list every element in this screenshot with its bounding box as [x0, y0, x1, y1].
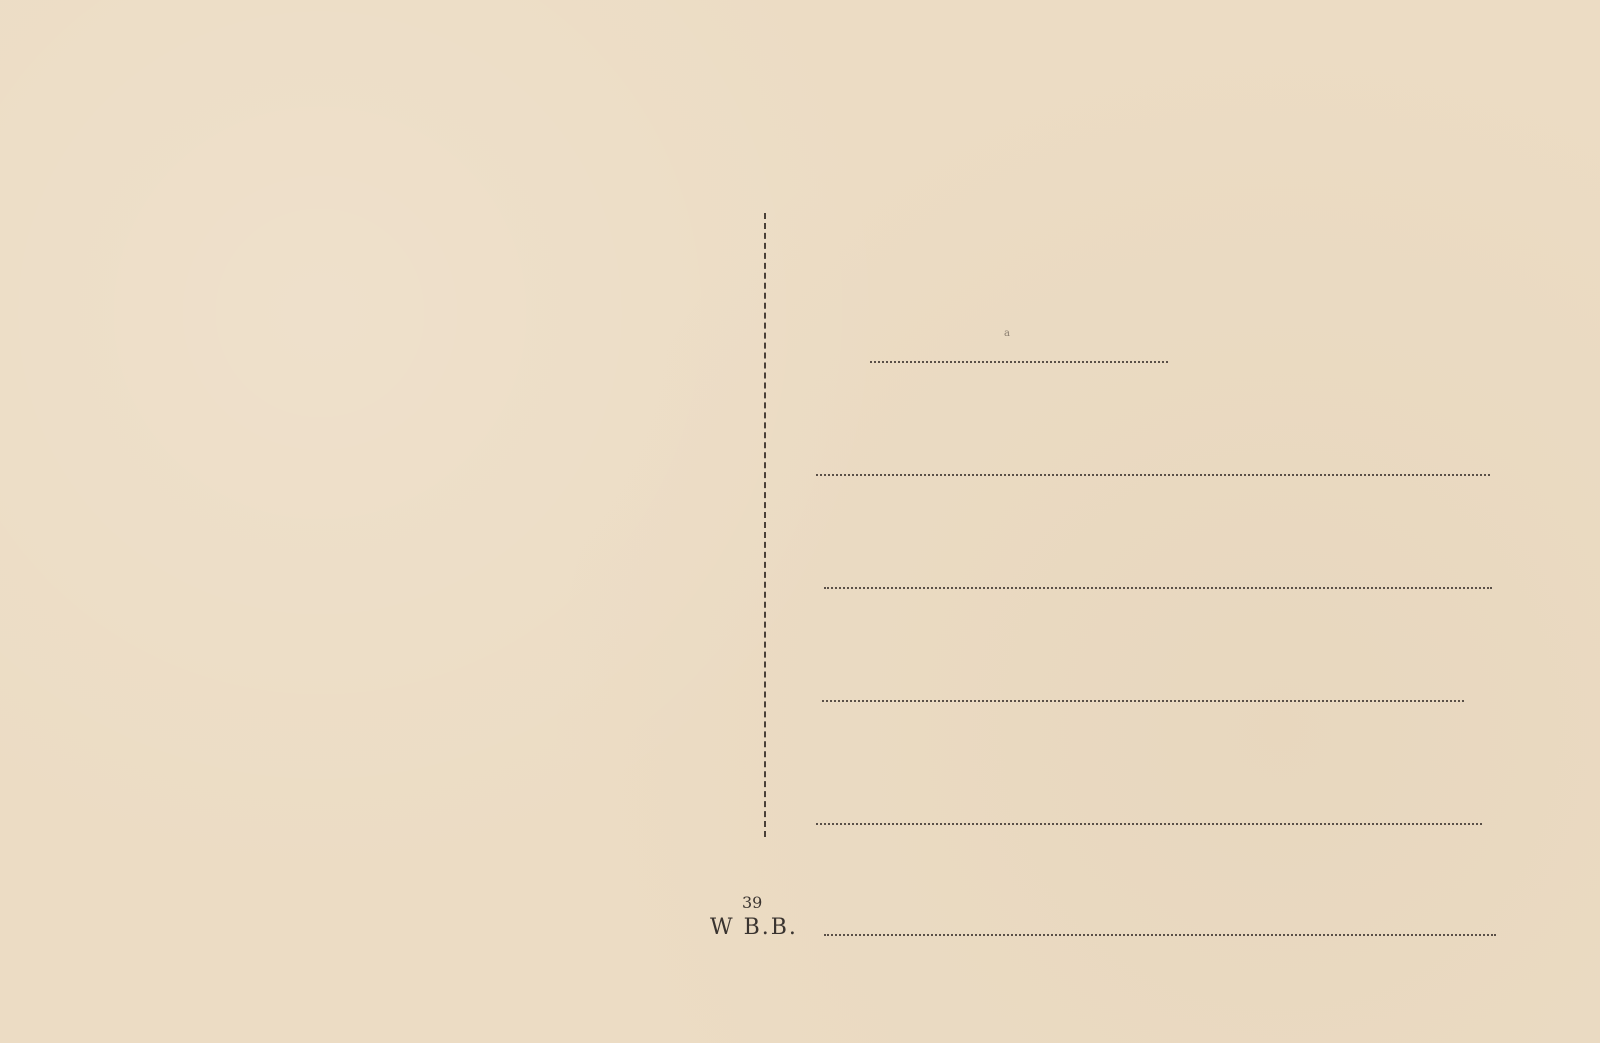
address-line-1 [870, 361, 1168, 363]
address-line-3 [824, 587, 1492, 589]
center-divider-line [764, 213, 766, 837]
publisher-line [824, 934, 1496, 936]
card-number: 39 [742, 893, 762, 912]
address-line-5 [816, 823, 1482, 825]
postcard-back: a 39 W B.B. [0, 0, 1600, 1043]
address-line-4 [822, 700, 1464, 702]
small-mark: a [1004, 328, 1010, 339]
address-line-2 [816, 474, 1490, 476]
publisher-mark: W B.B. [710, 915, 798, 940]
